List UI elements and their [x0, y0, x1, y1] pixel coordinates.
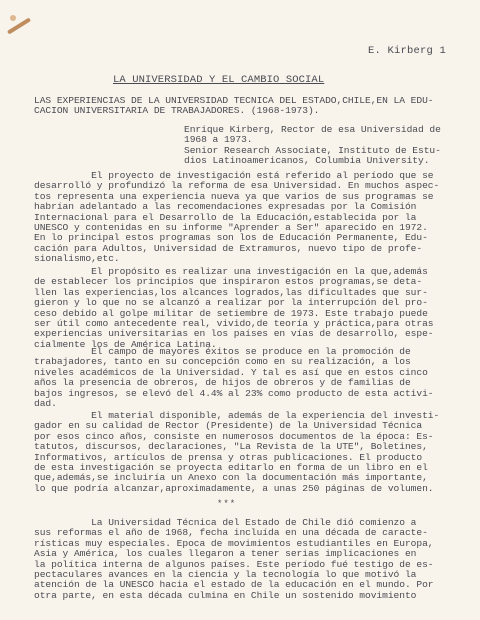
paragraph-line: dad.	[34, 399, 57, 409]
document-page: E. Kirberg 1 LA UNIVERSIDAD Y EL CAMBIO …	[0, 0, 480, 620]
section-separator: ***	[217, 499, 236, 509]
paragraph-line: otra parte, en esta década culmina en Ch…	[34, 591, 416, 601]
paragraph-line: sionalismo,etc.	[34, 254, 120, 264]
author-line: dios Latinoamericanos, Columbia Universi…	[184, 156, 429, 166]
paragraph-line: lo que podría alcanzar,aproximadamente, …	[34, 484, 434, 494]
rust-stain	[10, 15, 16, 21]
document-title: LA UNIVERSIDAD Y EL CAMBIO SOCIAL	[113, 74, 324, 86]
page-header: E. Kirberg 1	[368, 45, 446, 57]
subtitle-line: CACION UNIVERSITARIA DE TRABAJADORES. (1…	[34, 106, 319, 116]
paragraph-line: bajos ingresos, se elevó del 4.4% al 23%…	[34, 389, 434, 399]
